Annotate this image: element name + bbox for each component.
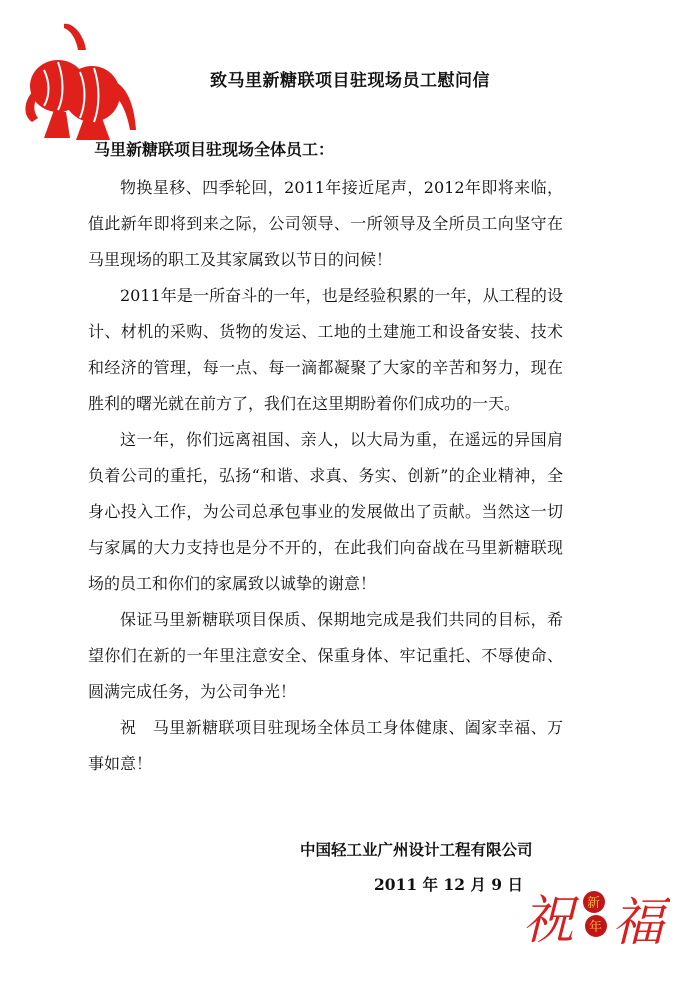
- svg-text:新: 新: [587, 896, 600, 911]
- paragraph: 2011年是一所奋斗的一年，也是经验积累的一年，从工程的设计、材机的采购、货物的…: [88, 278, 563, 422]
- paragraph: 物换星移、四季轮回，2011年接近尾声，2012年即将来临，值此新年即将到来之际…: [88, 170, 563, 278]
- red-lantern-icon: [14, 20, 144, 140]
- date: 2011 年 12 月 9 日: [374, 873, 523, 895]
- salutation: 马里新糖联项目驻现场全体员工：: [94, 137, 334, 160]
- letter-title: 致马里新糖联项目驻现场员工慰问信: [210, 66, 490, 91]
- paragraph: 这一年，你们远离祖国、亲人，以大局为重，在遥远的异国肩负着公司的重托，弘扬“和谐…: [88, 422, 563, 602]
- svg-text:年: 年: [589, 919, 602, 935]
- blessing-calligraphy-icon: 祝 福 新 年: [520, 880, 670, 950]
- blessing-text: 祝: [522, 891, 580, 950]
- paragraph: 祝 马里新糖联项目驻现场全体员工身体健康、阖家幸福、万事如意！: [88, 710, 563, 782]
- svg-text:福: 福: [612, 893, 670, 950]
- letter-body: 物换星移、四季轮回，2011年接近尾声，2012年即将来临，值此新年即将到来之际…: [88, 170, 563, 782]
- paragraph: 保证马里新糖联项目保质、保期地完成是我们共同的目标，希望你们在新的一年里注意安全…: [88, 602, 563, 710]
- signature: 中国轻工业广州设计工程有限公司: [300, 838, 533, 860]
